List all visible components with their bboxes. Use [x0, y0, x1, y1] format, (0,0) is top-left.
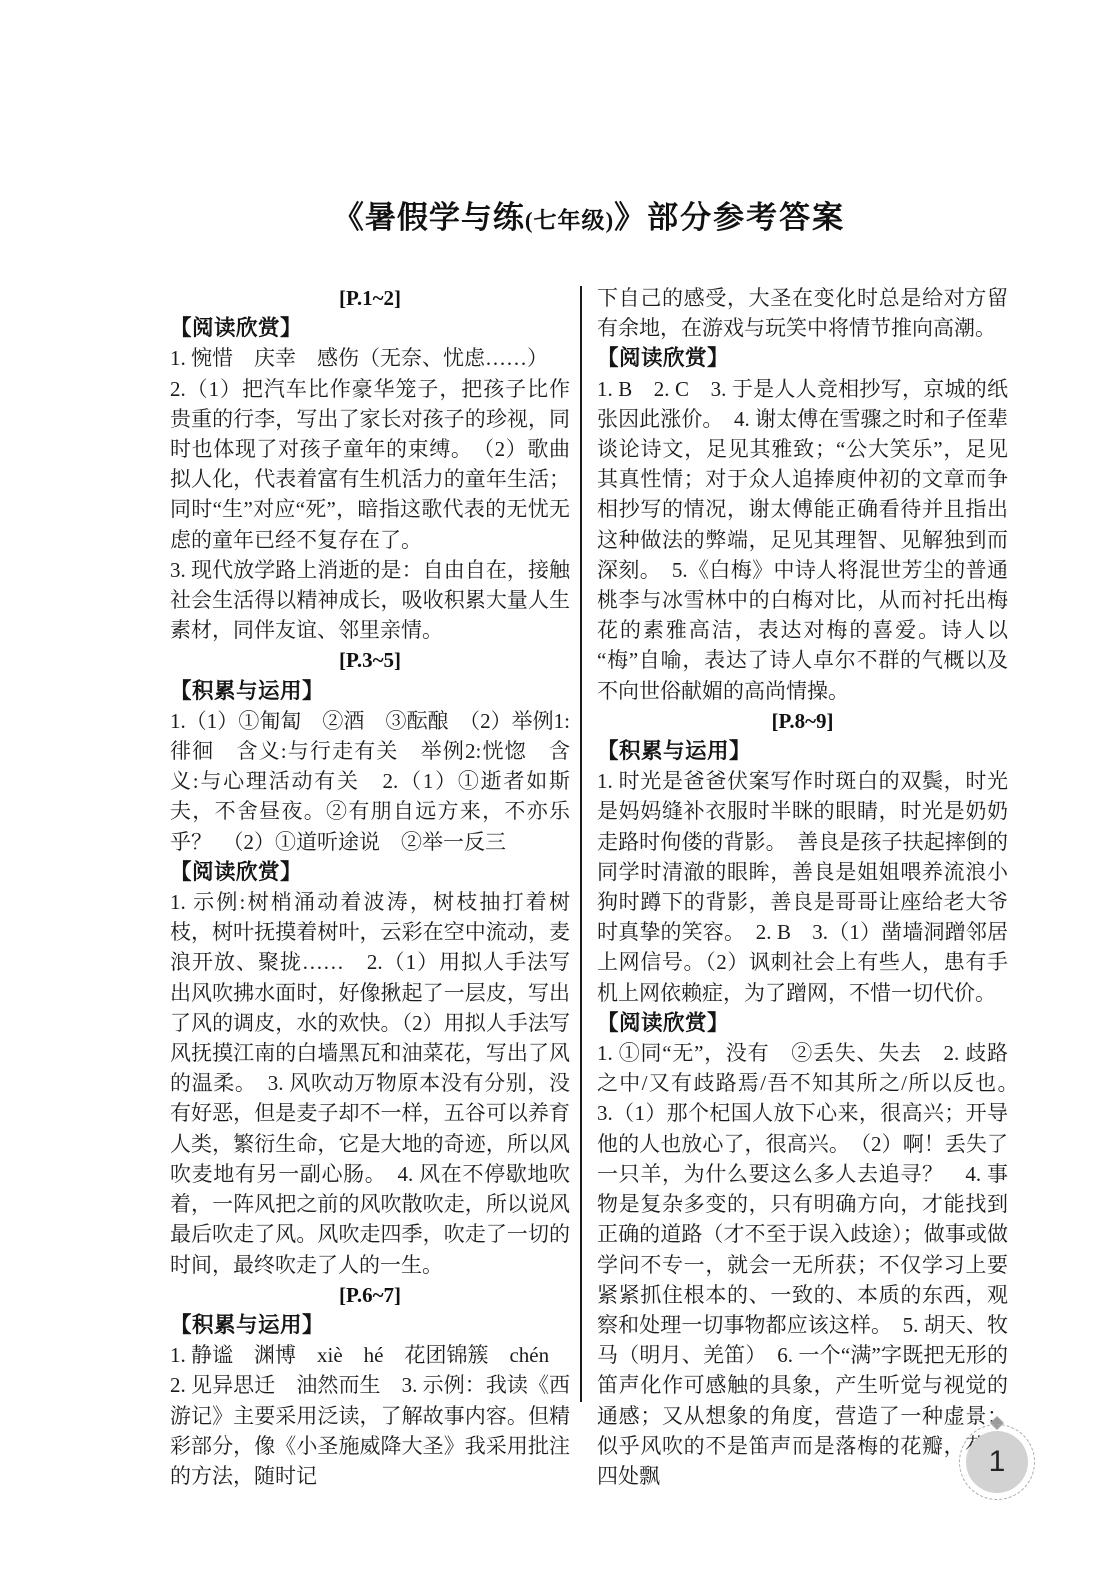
- section-header: 【阅读欣赏】: [170, 857, 570, 887]
- answer-paragraph: 2.（1）把汽车比作豪华笼子，把孩子比作贵重的行李，写出了家长对孩子的珍视，同时…: [170, 374, 570, 555]
- answer-paragraph: 3. 现代放学路上消逝的是：自由自在，接触社会生活得以精神成长，吸收积累大量人生…: [170, 555, 570, 646]
- page-title: 《暑假学与练(七年级)》部分参考答案: [170, 192, 1008, 237]
- answer-paragraph: 1. 时光是爸爸伏案写作时斑白的双鬓，时光是妈妈缝补衣服时半眯的眼睛，时光是奶奶…: [597, 766, 1008, 1008]
- answer-paragraph: 1.（1）①匍匐 ②酒 ③酝酿 （2）举例1:徘徊 含义:与行走有关 举例2:恍…: [170, 706, 570, 857]
- column-divider-rule: [580, 286, 582, 1402]
- page-number: 1: [989, 1445, 1006, 1479]
- page-number-disc: 1: [966, 1431, 1028, 1493]
- right-column: 下自己的感受，大圣在变化时总是给对方留有余地，在游戏与玩笑中将情节推向高潮。【阅…: [597, 283, 1008, 1491]
- answer-key-page: 《暑假学与练(七年级)》部分参考答案 [P.1~2]【阅读欣赏】1. 惋惜 庆幸…: [0, 0, 1110, 1571]
- page-range-ref: [P.1~2]: [170, 283, 570, 313]
- section-header: 【积累与运用】: [170, 1310, 570, 1340]
- section-header: 【积累与运用】: [170, 676, 570, 706]
- section-header: 【阅读欣赏】: [597, 1008, 1008, 1038]
- answer-paragraph: 1. 惋惜 庆幸 感伤（无奈、忧虑……）: [170, 343, 570, 373]
- answer-paragraph: 1. B 2. C 3. 于是人人竞相抄写，京城的纸张因此涨价。 4. 谢太傅在…: [597, 374, 1008, 706]
- section-header: 【阅读欣赏】: [597, 343, 1008, 373]
- answer-paragraph: 1. 静谧 渊博 xiè hé 花团锦簇 chén: [170, 1340, 570, 1370]
- left-column: [P.1~2]【阅读欣赏】1. 惋惜 庆幸 感伤（无奈、忧虑……）2.（1）把汽…: [170, 283, 570, 1491]
- title-grade-label: (七年级): [525, 208, 614, 233]
- title-book-name: 《暑假学与练: [333, 200, 525, 235]
- answer-paragraph: 下自己的感受，大圣在变化时总是给对方留有余地，在游戏与玩笑中将情节推向高潮。: [597, 283, 1008, 343]
- answer-paragraph: 1. 示例:树梢涌动着波涛，树枝抽打着树枝，树叶抚摸着树叶，云彩在空中流动，麦浪…: [170, 887, 570, 1280]
- page-range-ref: [P.3~5]: [170, 645, 570, 675]
- section-header: 【积累与运用】: [597, 736, 1008, 766]
- page-range-ref: [P.6~7]: [170, 1280, 570, 1310]
- section-header: 【阅读欣赏】: [170, 313, 570, 343]
- page-range-ref: [P.8~9]: [597, 706, 1008, 736]
- page-number-badge: 1: [959, 1424, 1035, 1500]
- answer-paragraph: 2. 见异思迁 油然而生 3. 示例：我读《西游记》主要采用泛读，了解故事内容。…: [170, 1370, 570, 1491]
- content-columns: [P.1~2]【阅读欣赏】1. 惋惜 庆幸 感伤（无奈、忧虑……）2.（1）把汽…: [170, 283, 1008, 1491]
- answer-paragraph: 1. ①同“无”，没有 ②丢失、失去 2. 歧路之中/又有歧路焉/吾不知其所之/…: [597, 1038, 1008, 1491]
- title-suffix: 》部分参考答案: [614, 200, 845, 235]
